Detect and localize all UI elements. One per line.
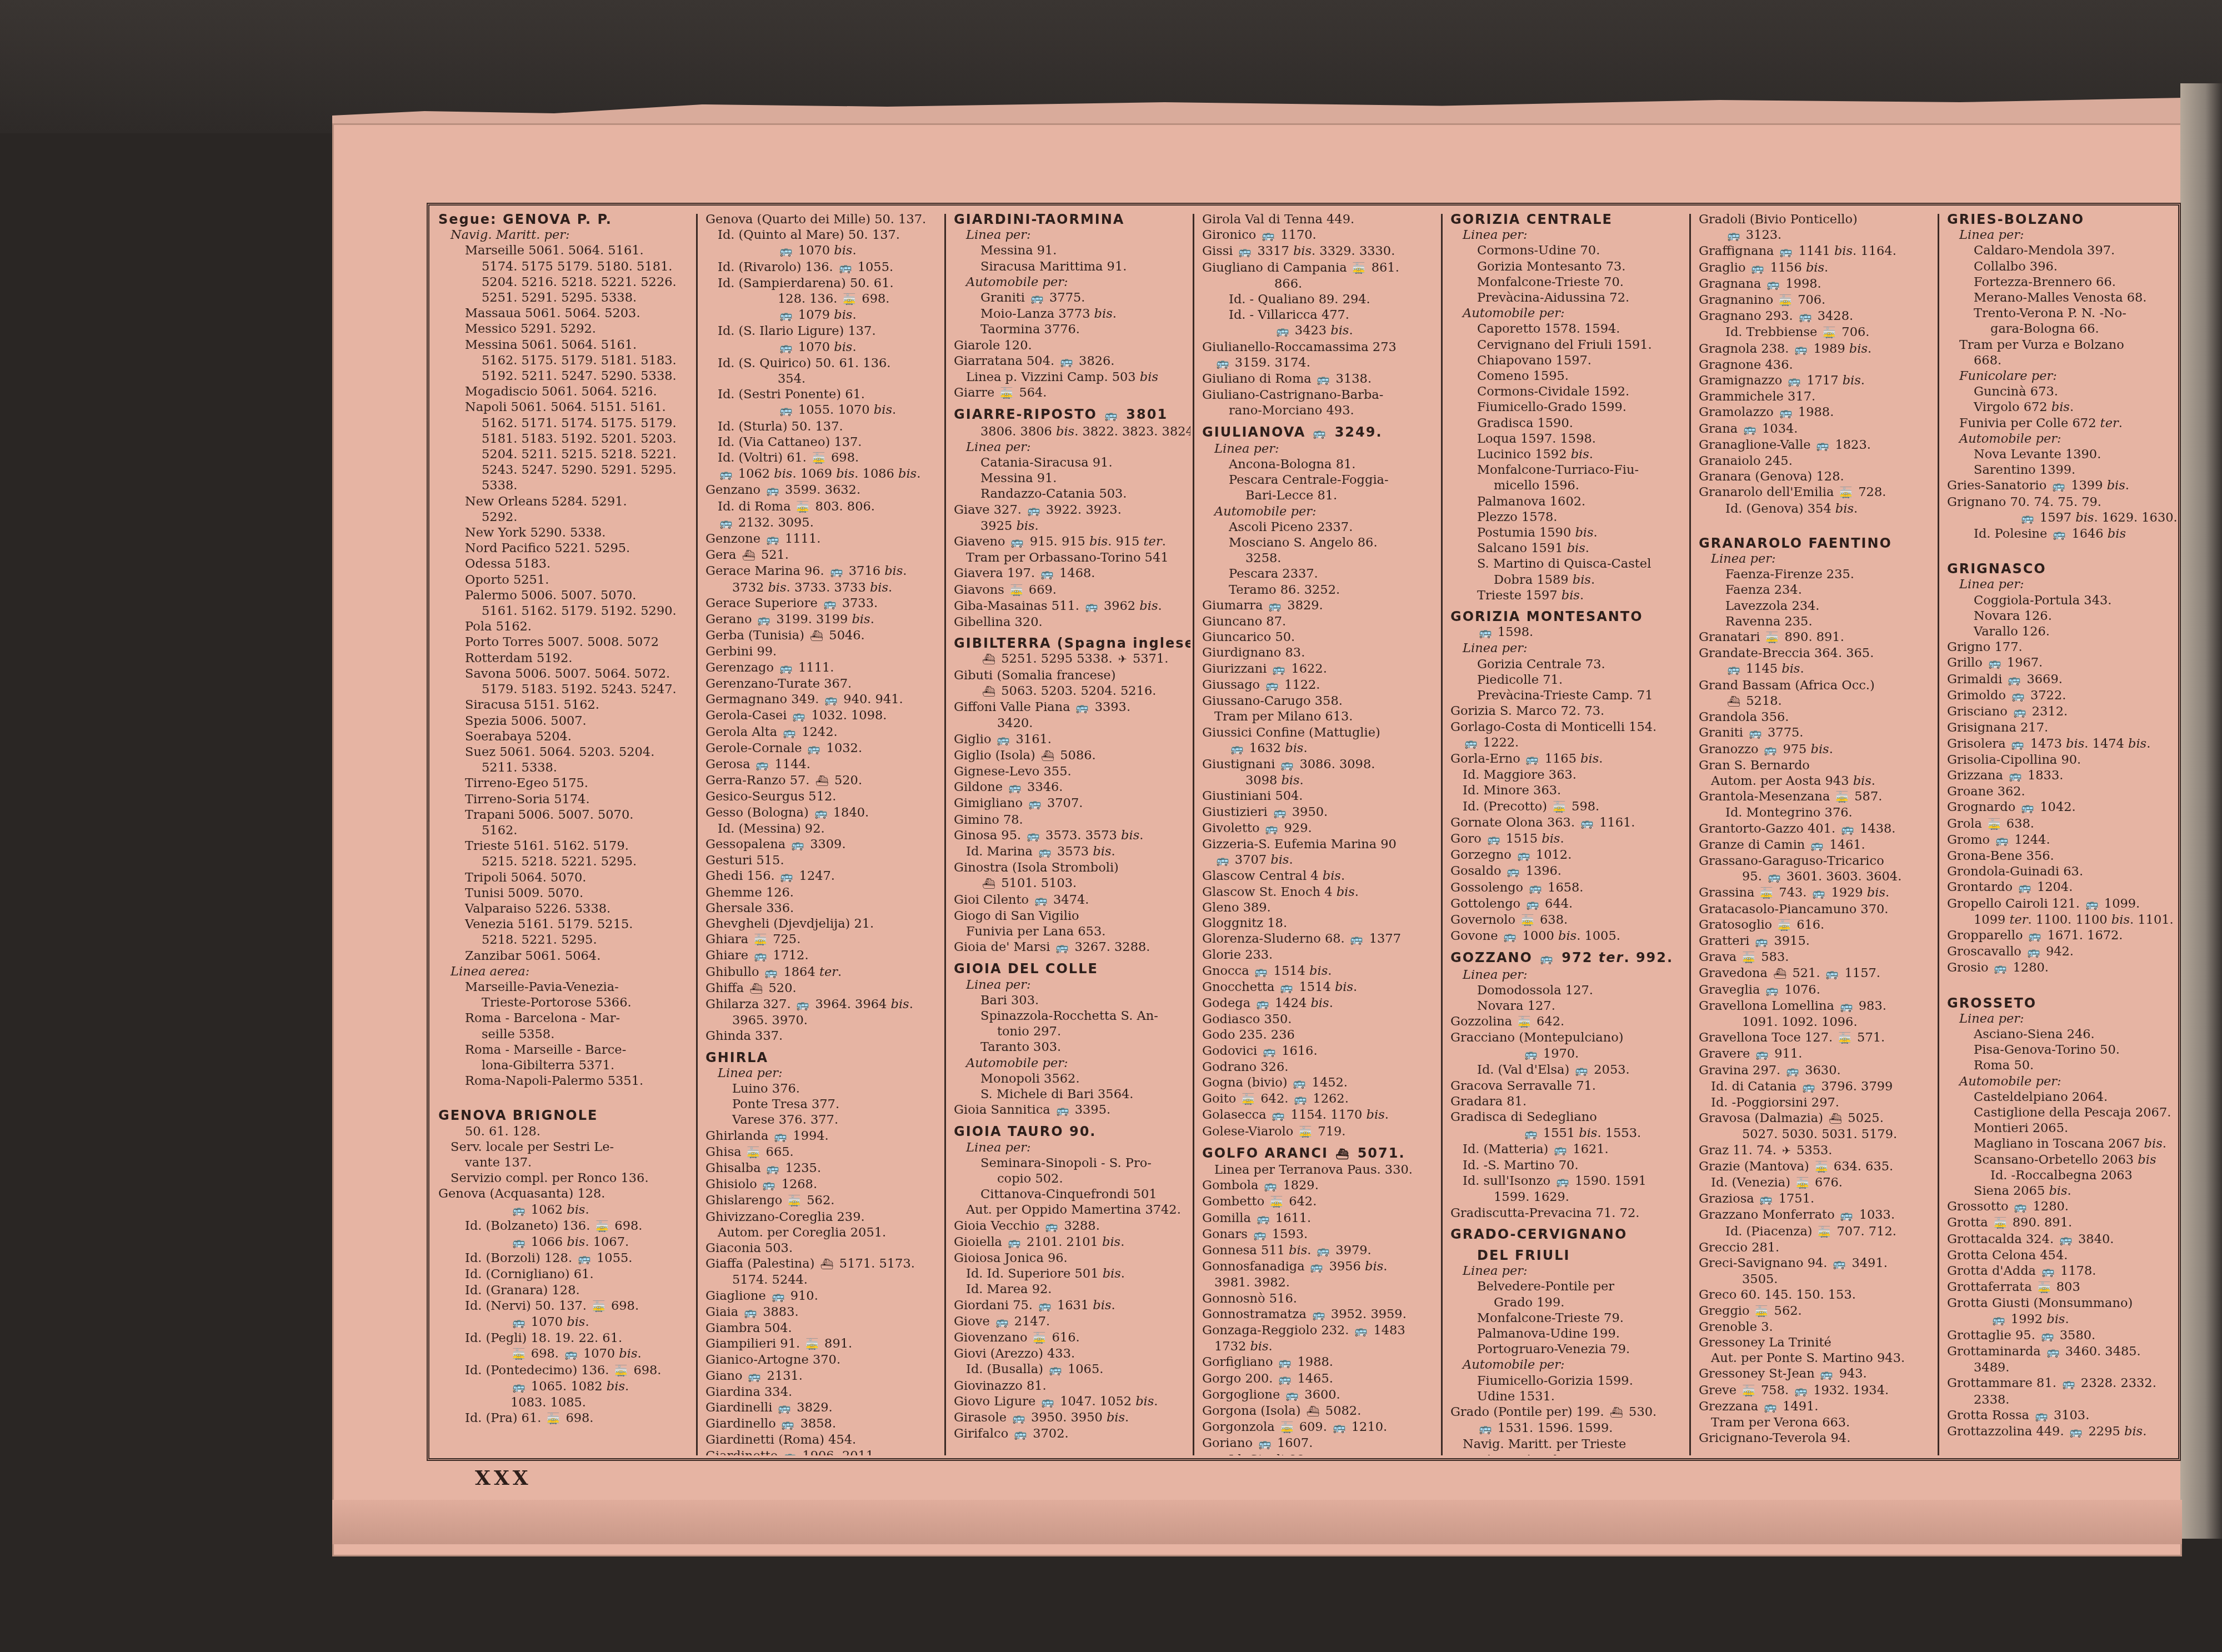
bus-icon: 🚌 xyxy=(1230,741,1244,757)
bus-icon: 🚌 xyxy=(766,532,779,547)
bus-icon: 🚌 xyxy=(1803,1079,1816,1095)
index-entry: 2338. xyxy=(1947,1392,2175,1408)
index-entry: Giordani 75. 🚌 1631 bis. xyxy=(954,1298,1186,1314)
index-entry: Gerosa 🚌 1144. xyxy=(705,757,938,773)
bus-icon: 🚌 xyxy=(1992,1312,2005,1328)
index-column-3: GIARDINI-TAORMINALinea per:Messina 91.Si… xyxy=(946,208,1190,1455)
index-entry: tonio 297. xyxy=(954,1024,1186,1039)
index-entry: Linea per: xyxy=(954,1140,1186,1155)
index-entry xyxy=(1947,977,2175,990)
index-entry: 3420. xyxy=(954,715,1186,731)
tram-icon: 🚋 xyxy=(1839,485,1853,500)
bus-icon: 🚌 xyxy=(1040,566,1054,582)
index-entry: Ghemme 126. xyxy=(705,885,938,900)
airplane-icon: ✈ xyxy=(1118,652,1127,667)
index-entry: Gioia Sannitica 🚌 3395. xyxy=(954,1102,1186,1118)
index-entry: Messico 5291. 5292. xyxy=(438,321,687,337)
tram-icon: 🚋 xyxy=(1755,1304,1769,1319)
index-entry: Seminara-Sinopoli - S. Pro- xyxy=(954,1155,1186,1171)
index-column-5: GORIZIA CENTRALELinea per:Cormons-Udine … xyxy=(1443,208,1687,1455)
index-entry: Gonnosnò 516. xyxy=(1202,1291,1434,1306)
bus-icon: 🚌 xyxy=(1751,261,1765,276)
index-entry: Giaffa (Palestina) ⛴ 5171. 5173. xyxy=(705,1256,938,1272)
index-entry: Gombola 🚌 1829. xyxy=(1202,1178,1434,1194)
bus-icon: 🚌 xyxy=(2062,1376,2075,1391)
tram-icon: 🚋 xyxy=(1994,1215,2007,1231)
index-entry: Grand Bassam (Africa Occ.) xyxy=(1699,678,1931,693)
bus-icon: 🚌 xyxy=(1355,1323,1368,1339)
bus-icon: 🚌 xyxy=(1524,1126,1538,1142)
bus-icon: 🚌 xyxy=(1049,1362,1062,1378)
index-entry: Id. (Pra) 61. 🚋 698. xyxy=(438,1410,687,1426)
index-entry: Varese 376. 377. xyxy=(705,1112,938,1128)
index-entry: Pescara 2337. xyxy=(1202,566,1434,582)
index-entry: Gonnesa 511 bis. 🚌 3979. xyxy=(1202,1243,1434,1259)
tram-icon: 🚋 xyxy=(592,1299,605,1314)
tram-icon: 🚋 xyxy=(547,1411,560,1426)
bus-icon: 🚌 xyxy=(779,308,793,323)
index-entry: Greve 🚋 758. 🚌 1932. 1934. xyxy=(1699,1383,1931,1399)
index-entry: Id. -S. Martino 70. xyxy=(1450,1158,1683,1173)
index-entry: Gragnola 238. 🚌 1989 bis. xyxy=(1699,341,1931,357)
bus-icon: 🚌 xyxy=(997,732,1010,748)
index-entry: Grottaminarda 🚌 3460. 3485. xyxy=(1947,1344,2175,1360)
bus-icon: 🚌 xyxy=(778,1400,792,1416)
tram-icon: 🚋 xyxy=(843,292,857,307)
bus-icon: 🚌 xyxy=(1764,742,1778,758)
tram-icon: 🚋 xyxy=(747,1145,760,1160)
bus-icon: 🚌 xyxy=(512,1235,526,1250)
ship-icon: ⛴ xyxy=(1773,966,1786,982)
section-heading: GOLFO ARANCI ⛴ 5071. xyxy=(1202,1145,1434,1162)
section-heading: GOZZANO 🚌 972 ter. 992. xyxy=(1450,950,1683,967)
index-entry: Roma - Barcelona - Mar- xyxy=(438,1010,687,1026)
tram-icon: 🚋 xyxy=(1270,1194,1283,1210)
index-entry: Mosciano S. Angelo 86. xyxy=(1202,535,1434,550)
bus-icon: 🚌 xyxy=(1479,625,1492,640)
tram-icon: 🚋 xyxy=(1010,583,1023,598)
page-lower-margin xyxy=(332,1500,2182,1544)
index-entry: 🚌 1066 bis. 1067. xyxy=(438,1234,687,1250)
bus-icon: 🚌 xyxy=(784,1449,797,1455)
section-heading: Segue: GENOVA P. P. xyxy=(438,212,687,227)
index-entry: Id. (Granara) 128. xyxy=(438,1283,687,1298)
bus-icon: 🚌 xyxy=(2021,510,2034,526)
index-entry: 50. 61. 128. xyxy=(438,1124,687,1139)
index-entry: copio 502. xyxy=(954,1171,1186,1187)
index-entry: Caporetto 1578. 1594. xyxy=(1450,321,1683,337)
bus-icon: 🚌 xyxy=(1780,244,1793,259)
bus-icon: 🚌 xyxy=(1027,503,1040,518)
index-entry: Bari-Lecce 81. xyxy=(1202,488,1434,503)
index-entry: Gesico-Seurgus 512. xyxy=(705,789,938,804)
index-entry: Ghibullo 🚌 1864 ter. xyxy=(705,964,938,980)
bus-icon: 🚌 xyxy=(1840,999,1853,1014)
index-entry: 1083. 1085. xyxy=(438,1395,687,1410)
index-entry: Gravina 297. 🚌 3630. xyxy=(1699,1063,1931,1079)
bus-icon: 🚌 xyxy=(1727,662,1740,677)
bus-icon: 🚌 xyxy=(1749,725,1762,741)
index-entry: Funicolare per: xyxy=(1947,368,2175,384)
bus-icon: 🚌 xyxy=(1768,869,1781,885)
bus-icon: 🚌 xyxy=(774,1129,788,1144)
index-entry: Id. (Matteria) 🚌 1621. xyxy=(1450,1142,1683,1158)
index-entry: Gorla-Erno 🚌 1165 bis. xyxy=(1450,751,1683,767)
index-entry: Grizzana 🚌 1833. xyxy=(1947,768,2175,784)
index-entry: Ghiare 🚌 1712. xyxy=(705,948,938,964)
index-entry: Castiglione della Pescaja 2067. xyxy=(1947,1105,2175,1120)
index-entry: Gracciano (Montepulciano) xyxy=(1450,1030,1683,1045)
bus-icon: 🚌 xyxy=(564,1346,578,1362)
index-entry: Ghevgheli (Djevdjelija) 21. xyxy=(705,916,938,932)
bus-icon: 🚌 xyxy=(808,741,821,757)
bus-icon: 🚌 xyxy=(2029,928,2042,944)
bus-icon: 🚌 xyxy=(2085,897,2099,912)
index-entry: Chiapovano 1597. xyxy=(1450,353,1683,368)
index-entry: Gerola-Casei 🚌 1032. 1098. xyxy=(705,708,938,724)
bus-icon: 🚌 xyxy=(1526,897,1539,912)
index-entry: Genova (Quarto dei Mille) 50. 137. xyxy=(705,212,938,227)
index-entry: Roma-Napoli-Palermo 5351. xyxy=(438,1073,687,1089)
index-entry: 🚋 698. 🚌 1070 bis. xyxy=(438,1346,687,1362)
index-entry: Giustiniani 504. xyxy=(1202,788,1434,804)
index-entry: Gonnosfanadiga 🚌 3956 bis. xyxy=(1202,1259,1434,1275)
index-entry: Gerace Marina 96. 🚌 3716 bis. xyxy=(705,563,938,579)
tram-icon: 🚋 xyxy=(1778,918,1791,933)
section-heading: GRIES-BOLZANO xyxy=(1947,212,2175,227)
index-entry: 5027. 5030. 5031. 5179. xyxy=(1699,1127,1931,1142)
index-entry: 3505. xyxy=(1699,1271,1931,1287)
index-entry: Gesso (Bologna) 🚌 1840. xyxy=(705,805,938,821)
index-entry: Gleno 389. xyxy=(1202,900,1434,915)
index-entry: Moio-Lanza 3773 bis. xyxy=(954,306,1186,322)
bus-icon: 🚌 xyxy=(512,1379,526,1395)
index-entry: 668. xyxy=(1947,353,2175,368)
index-entry: Grottazzolina 449. 🚌 2295 bis. xyxy=(1947,1424,2175,1440)
index-entry: Gratosoglio 🚋 616. xyxy=(1699,917,1931,933)
index-entry: Gorlago-Costa di Monticelli 154. xyxy=(1450,719,1683,735)
bus-icon: 🚌 xyxy=(779,243,793,259)
ship-icon: ⛴ xyxy=(982,652,995,667)
section-heading: GIOIA DEL COLLE xyxy=(954,961,1186,977)
index-entry: Tunisi 5009. 5070. xyxy=(438,885,687,901)
index-entry: Scansano-Orbetello 2063 bis xyxy=(1947,1152,2175,1168)
bus-icon: 🚌 xyxy=(814,805,828,821)
index-entry: Gravedona ⛴ 521. 🚌 1157. xyxy=(1699,965,1931,982)
index-entry: Greggio 🚋 562. xyxy=(1699,1303,1931,1319)
bus-icon: 🚌 xyxy=(1727,228,1740,243)
index-entry: Id. (Messina) 92. xyxy=(705,821,938,837)
index-entry: Godega 🚌 1424 bis. xyxy=(1202,995,1434,1012)
tram-icon: 🚋 xyxy=(1742,1383,1755,1399)
bus-icon: 🚌 xyxy=(2046,1344,2060,1360)
index-entry: 🚌 1531. 1596. 1599. xyxy=(1450,1420,1683,1436)
index-entry: 866. xyxy=(1202,276,1434,292)
index-entry: Giardinelli 🚌 3829. xyxy=(705,1400,938,1416)
index-entry: Id. di Catania 🚌 3796. 3799 xyxy=(1699,1079,1931,1095)
index-entry: Serv. locale per Sestri Le- xyxy=(438,1139,687,1155)
index-entry: Granarolo dell'Emilia 🚋 728. xyxy=(1699,484,1931,500)
index-entry: Fortezza-Brennero 66. xyxy=(1947,274,2175,290)
index-entry: Dobra 1589 bis. xyxy=(1450,572,1683,588)
index-column-6: Gradoli (Bivio Ponticello)🚌 3123.Graffig… xyxy=(1691,208,1935,1455)
bus-icon: 🚌 xyxy=(1755,1047,1769,1062)
bus-icon: 🚌 xyxy=(779,660,793,676)
index-entry: Giarre 🚋 564. xyxy=(954,385,1186,401)
index-entry: Giuliano-Castrignano-Barba- xyxy=(1202,387,1434,403)
index-entry: 5192. 5211. 5247. 5290. 5338. xyxy=(438,368,687,384)
index-entry: Salcano 1591 bis. xyxy=(1450,540,1683,556)
index-entry: Cervignano del Friuli 1591. xyxy=(1450,337,1683,353)
index-entry: Gorgoglione 🚌 3600. xyxy=(1202,1387,1434,1403)
index-entry: Soerabaya 5204. xyxy=(438,729,687,744)
index-entry: Asciano-Siena 246. xyxy=(1947,1027,2175,1042)
index-entry: Giussano-Carugo 358. xyxy=(1202,693,1434,709)
section-heading: GIULIANOVA 🚌 3249. xyxy=(1202,424,1434,441)
bus-icon: 🚌 xyxy=(825,692,838,708)
bus-icon: 🚌 xyxy=(1038,1298,1052,1314)
bus-icon: 🚌 xyxy=(2070,1424,2083,1440)
bus-icon: 🚌 xyxy=(1310,1259,1324,1275)
bus-icon: 🚌 xyxy=(2041,1264,2055,1279)
index-entry: Id. (Sestri Ponente) 61. xyxy=(705,387,938,402)
index-entry xyxy=(438,1089,687,1102)
index-entry: Id. (Val d'Elsa) 🚌 2053. xyxy=(1450,1062,1683,1078)
index-entry: Ginostra (Isola Stromboli) xyxy=(954,860,1186,875)
index-entry: Id. (Voltri) 61. 🚋 698. xyxy=(705,450,938,466)
index-entry: Id. (Via Cattaneo) 137. xyxy=(705,434,938,450)
tram-icon: 🚋 xyxy=(1796,1175,1809,1191)
index-entry: Giave 327. 🚌 3922. 3923. xyxy=(954,502,1186,518)
index-entry: Gries-Sanatorio 🚌 1399 bis. xyxy=(1947,478,2175,494)
index-entry: Massaua 5061. 5064. 5203. xyxy=(438,306,687,321)
bus-icon: 🚌 xyxy=(772,1289,785,1304)
index-entry: Linea per: xyxy=(1699,551,1931,567)
index-entry: Giano 🚌 2131. xyxy=(705,1368,938,1384)
index-entry: Spezia 5006. 5007. xyxy=(438,713,687,729)
ship-icon: ⛴ xyxy=(1335,1147,1350,1162)
index-entry: Automobile per: xyxy=(1947,1074,2175,1089)
index-entry: Udine 1531. xyxy=(1450,1389,1683,1404)
ship-icon: ⛴ xyxy=(749,981,763,997)
ship-icon: ⛴ xyxy=(1610,1405,1623,1420)
bus-icon: 🚌 xyxy=(1272,1108,1285,1123)
index-entry: Gignese-Levo 355. xyxy=(954,764,1186,779)
section-heading: GRANAROLO FAENTINO xyxy=(1699,535,1931,551)
index-entry: Grottaglie 95. 🚌 3580. xyxy=(1947,1328,2175,1344)
index-entry: 5162. 5171. 5174. 5175. 5179. xyxy=(438,415,687,431)
bus-icon: 🚌 xyxy=(1826,966,1839,982)
tram-icon: 🚋 xyxy=(805,1336,819,1352)
index-entry: Linea per: xyxy=(1450,227,1683,243)
tram-icon: 🚋 xyxy=(1353,261,1366,276)
index-entry: Grantola-Mesenzana 🚋 587. xyxy=(1699,789,1931,805)
index-entry: Giglio 🚌 3161. xyxy=(954,732,1186,748)
index-entry: Giurdignano 83. xyxy=(1202,645,1434,660)
index-entry: 1732 bis. xyxy=(1202,1339,1434,1354)
index-entry: Guncinà 673. xyxy=(1947,384,2175,399)
index-entry: 3098 bis. xyxy=(1202,773,1434,788)
page-number: XXX xyxy=(475,1466,532,1490)
bus-icon: 🚌 xyxy=(1286,1388,1299,1403)
bus-icon: 🚌 xyxy=(1795,342,1808,357)
index-entry: Id. Polesine 🚌 1646 bis xyxy=(1947,526,2175,542)
index-entry: Id. (Cornigliano) 61. xyxy=(438,1266,687,1282)
index-entry: Gorgo 200. 🚌 1465. xyxy=(1202,1371,1434,1387)
bus-icon: 🚌 xyxy=(1276,323,1289,339)
index-entry: Granara (Genova) 128. xyxy=(1699,469,1931,484)
index-entry: Porto Torres 5007. 5008. 5072 xyxy=(438,634,687,650)
index-entry: Trapani 5006. 5007. 5070. xyxy=(438,807,687,823)
index-entry: 5179. 5183. 5192. 5243. 5247. xyxy=(438,682,687,697)
bus-icon: 🚌 xyxy=(1813,885,1826,901)
index-entry: Giogo di San Vigilio xyxy=(954,908,1186,924)
index-entry: Grammichele 317. xyxy=(1699,389,1931,404)
bus-icon: 🚌 xyxy=(782,1416,795,1432)
index-entry: 5174. 5175 5179. 5180. 5181. xyxy=(438,259,687,274)
index-entry: Id. (Busalla) 🚌 1065. xyxy=(954,1361,1186,1378)
index-entry: Id. (Nervi) 50. 137. 🚋 698. xyxy=(438,1298,687,1314)
index-entry: Cittanova-Cinquefrondi 501 xyxy=(954,1187,1186,1202)
index-entry: Gerano 🚌 3199. 3199 bis. xyxy=(705,612,938,628)
tram-icon: 🚋 xyxy=(1033,1330,1047,1346)
index-entry: Linea per: xyxy=(705,1065,938,1081)
index-entry: Grisolera 🚌 1473 bis. 1474 bis. xyxy=(1947,736,2175,752)
ship-icon: ⛴ xyxy=(1041,748,1054,764)
index-entry: Grottammare 81. 🚌 2328. 2332. xyxy=(1947,1375,2175,1391)
bus-icon: 🚌 xyxy=(2041,1328,2054,1344)
bus-icon: 🚌 xyxy=(1820,1366,1834,1382)
index-entry: Automobile per: xyxy=(1947,431,2175,447)
index-entry: Grassano-Garaguso-Tricarico xyxy=(1699,853,1931,869)
index-entry: Giaglione 🚌 910. xyxy=(705,1288,938,1304)
index-entry: 🚌 1070 bis. xyxy=(705,339,938,356)
bus-icon: 🚌 xyxy=(1764,1399,1777,1415)
index-entry: Id. Trebbiense 🚋 706. xyxy=(1699,324,1931,341)
bus-icon: 🚌 xyxy=(1045,1219,1059,1234)
index-entry: Linea per: xyxy=(1947,1011,2175,1027)
index-entry: Aut. per Ponte S. Martino 943. xyxy=(1699,1350,1931,1366)
index-entry: Gerole-Cornale 🚌 1032. xyxy=(705,740,938,757)
bus-icon: 🚌 xyxy=(830,564,843,579)
tram-icon: 🚋 xyxy=(1242,1092,1255,1107)
bus-icon: 🚌 xyxy=(748,1369,762,1384)
index-entry: Giardinello 🚌 3858. xyxy=(705,1416,938,1432)
bus-icon: 🚌 xyxy=(1313,425,1328,441)
index-entry: Linea per: xyxy=(1450,1263,1683,1279)
index-entry: Girola Val di Tenna 449. xyxy=(1202,212,1434,227)
index-entry: Giugliano di Campania 🚋 861. xyxy=(1202,260,1434,276)
index-entry: Taranto 303. xyxy=(954,1039,1186,1055)
index-entry: Linea per: xyxy=(954,227,1186,243)
index-entry: ⛴ 5063. 5203. 5204. 5216. xyxy=(954,683,1186,699)
index-entry: Giumarra 🚌 3829. xyxy=(1202,598,1434,614)
index-entry: Caldaro-Mendola 397. xyxy=(1947,243,2175,258)
index-entry: Novara 126. xyxy=(1947,608,2175,624)
index-entry: Granaglione-Valle 🚌 1823. xyxy=(1699,437,1931,453)
index-entry: Id. Maggiore 363. xyxy=(1450,767,1683,783)
index-entry: Grottacalda 324. 🚌 3840. xyxy=(1947,1232,2175,1248)
index-entry: Gossolengo 🚌 1658. xyxy=(1450,880,1683,896)
index-entry: 1091. 1092. 1096. xyxy=(1699,1014,1931,1030)
index-entry: vante 137. xyxy=(438,1155,687,1170)
bus-icon: 🚌 xyxy=(754,948,767,964)
bus-icon: 🚌 xyxy=(2009,768,2022,784)
index-entry: gara-Bologna 66. xyxy=(1947,321,2175,337)
bus-icon: 🚌 xyxy=(1028,796,1042,812)
index-entry: Gravellona Toce 127. 🚋 571. xyxy=(1699,1030,1931,1046)
bus-icon: 🚌 xyxy=(1011,534,1024,550)
index-entry: Gioia Vecchio 🚌 3288. xyxy=(954,1218,1186,1234)
index-entry: Navig. Maritt. per: xyxy=(438,227,687,243)
bus-icon: 🚌 xyxy=(1464,735,1478,751)
bus-icon: 🚌 xyxy=(744,1305,757,1320)
bus-icon: 🚌 xyxy=(1786,1063,1799,1079)
index-entry: Giovinazzo 81. xyxy=(954,1378,1186,1394)
index-entry: Gradisca di Sedegliano xyxy=(1450,1109,1683,1125)
tram-icon: 🚋 xyxy=(1818,1224,1831,1240)
index-entry: Gissi 🚌 3317 bis. 3329. 3330. xyxy=(1202,243,1434,259)
bus-icon: 🚌 xyxy=(1034,893,1048,908)
index-entry: Piedicolle 71. xyxy=(1450,672,1683,688)
index-entry: Automobile per: xyxy=(954,1055,1186,1071)
index-entry: 🚌 3123. xyxy=(1699,227,1931,243)
bus-icon: 🚌 xyxy=(1060,354,1073,369)
index-entry: Giardinetti (Roma) 454. xyxy=(705,1432,938,1448)
bus-icon: 🚌 xyxy=(793,708,806,724)
bus-icon: 🚌 xyxy=(1256,996,1269,1012)
index-entry: Palmanova 1602. xyxy=(1450,494,1683,509)
index-entry: Grottaferrata 🚋 803 xyxy=(1947,1279,2175,1295)
index-entry: Id. sull'Isonzo 🚌 1590. 1591 xyxy=(1450,1173,1683,1189)
index-entry: Grotta d'Adda 🚌 1178. xyxy=(1947,1263,2175,1279)
index-entry: Servizio compl. per Ronco 136. xyxy=(438,1170,687,1186)
index-entry: 🚌 3159. 3174. xyxy=(1202,355,1434,371)
ship-icon: ⛴ xyxy=(1829,1111,1842,1127)
index-entry: Graniti 🚌 3775. xyxy=(1699,725,1931,741)
section-heading: GROSSETO xyxy=(1947,995,2175,1011)
index-entry: Grimoldo 🚌 3722. xyxy=(1947,688,2175,704)
bus-icon: 🚌 xyxy=(1540,951,1554,967)
index-entry: Gratacasolo-Piancamuno 370. xyxy=(1699,902,1931,917)
index-entry: 5122. 5122 bis. xyxy=(1450,1453,1683,1455)
bus-icon: 🚌 xyxy=(1030,291,1044,306)
bus-icon: 🚌 xyxy=(1216,853,1229,868)
index-entry: Giovenzano 🚋 616. xyxy=(954,1330,1186,1346)
index-entry: Giambra 504. xyxy=(705,1320,938,1336)
section-heading: GHIRLA xyxy=(705,1050,938,1065)
bus-icon: 🚌 xyxy=(1788,373,1801,389)
index-entry: Gricignano-Teverola 94. xyxy=(1699,1430,1931,1446)
tram-icon: 🚋 xyxy=(812,450,825,466)
index-entry: Luino 376. xyxy=(705,1081,938,1097)
index-entry: Linea per: xyxy=(1450,967,1683,983)
bus-icon: 🚌 xyxy=(1012,1410,1025,1426)
bus-icon: 🚌 xyxy=(1760,1192,1773,1207)
index-entry: lona-Gibilterra 5371. xyxy=(438,1058,687,1073)
index-entry: Greco 60. 145. 150. 153. xyxy=(1699,1287,1931,1303)
index-entry: 🚌 1551 bis. 1553. xyxy=(1450,1125,1683,1142)
index-entry: Governolo 🚋 638. xyxy=(1450,912,1683,928)
index-entry: Automobile per: xyxy=(1450,306,1683,321)
bus-icon: 🚌 xyxy=(1841,822,1854,837)
bus-icon: 🚌 xyxy=(779,403,793,418)
bus-icon: 🚌 xyxy=(1479,1421,1492,1436)
index-entry: Genzano 🚌 3599. 3632. xyxy=(705,482,938,498)
section-heading: DEL FRIULI xyxy=(1450,1248,1683,1263)
index-entry: Catania-Siracusa 91. xyxy=(954,455,1186,470)
index-entry: Gran S. Bernardo xyxy=(1699,758,1931,773)
